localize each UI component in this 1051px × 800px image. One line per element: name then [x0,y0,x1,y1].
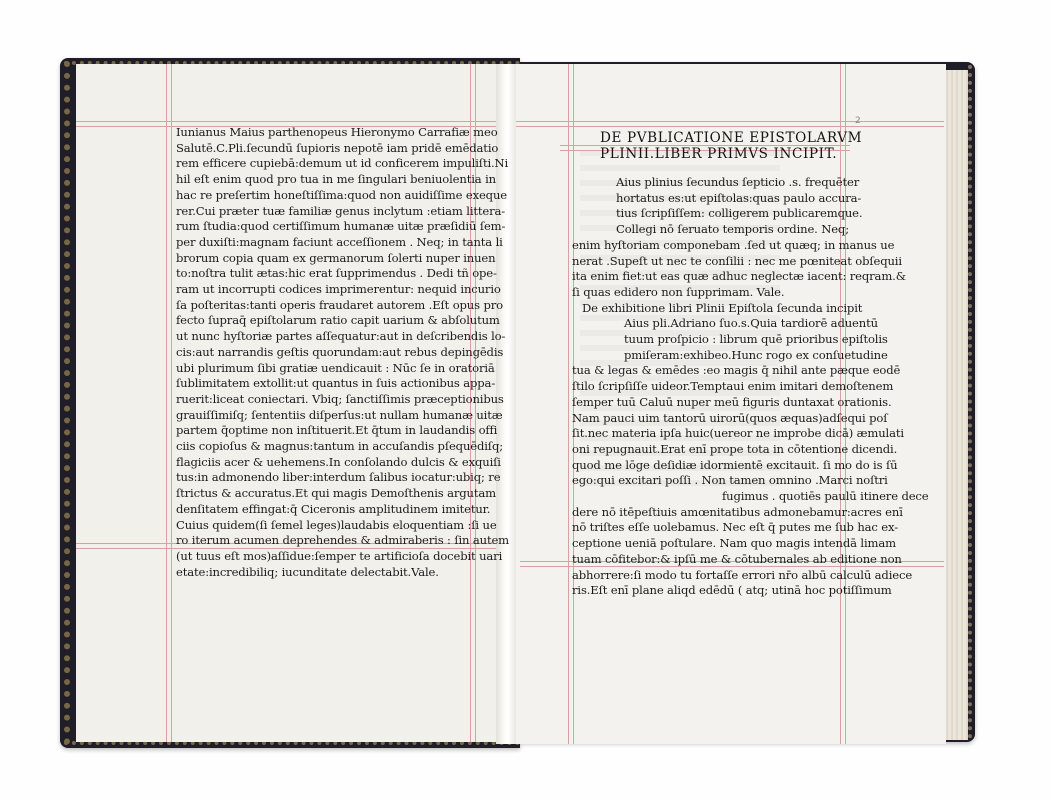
text-line: ram ut incorrupti codices imprimerentur:… [176,282,472,298]
text-line: tua & legas & emēdes :eo magis q̄ nihil … [572,363,842,379]
text-line: ita enim fiet:ut eas quæ adhuc neglectæ … [572,269,842,285]
text-line: ruerit:liceat coniectari. Vbiq; ſanctiſſ… [176,392,472,408]
text-line: ro iterum acumen deprehendes & admiraber… [176,533,472,549]
text-line: cis:aut narrandis geſtis quorundam:aut r… [176,345,472,361]
text-line: Salutē.C.Pli.ſecundū ſupioris nepotē iam… [176,141,472,157]
text-line: ſa poſteritas:tanti operis fraudaret aut… [176,298,472,314]
text-line: ſtrictus & accuratus.Et qui magis Demoſt… [176,486,472,502]
text-line: Cuius quidem(ſi ſemel leges)laudabis elo… [176,518,472,534]
text-line: quod me lōge deſidiæ idormientē excitaui… [572,458,842,474]
text-line: hil eſt enim quod pro tua in me ſingular… [176,172,472,188]
text-line: ego:qui excitari poſſi . Non tamen omnin… [572,473,842,489]
text-line: denſitatem effingat:q̄ Ciceronis amplitu… [176,502,472,518]
text-line: hortatus es:ut epiſtolas:quas paulo accu… [572,191,842,207]
text-line: Collegi nō ſeruato temporis ordine. Neq; [572,222,842,238]
book-photo: 2 Iunianus Maius parthenopeus Hieronymo … [0,0,1051,800]
text-line: ciis copioſus & magnus:tantum in accuſan… [176,439,472,455]
text-line: flagiciis acer & uehemens.In conſolando … [176,455,472,471]
text-line: ubi plurimum ſibi gratiæ uendicauit : Nū… [176,361,472,377]
page-fore-edge [944,70,968,740]
text-line: Aius pli.Adriano ſuo.s.Quia tardiorē adu… [572,316,842,332]
text-line: tuum proſpicio : librum quē prioribus ep… [572,332,842,348]
text-line: Iunianus Maius parthenopeus Hieronymo Ca… [176,125,472,141]
text-line: Nam pauci uim tantorū uirorū(quos æquas)… [572,411,842,427]
text-line: rer.Cui præter tuæ familiæ genus inclytu… [176,204,472,220]
text-line: De exhibitione libri Plinii Epiſtola ſec… [572,301,842,317]
text-line: tus:in admonendo liber:interdum ſalibus … [176,470,472,486]
text-line: rum ſtudia:quod certiſſimum humanæ uitæ … [176,219,472,235]
text-line: ſtilo ſcripſiſſe uideor.Temptaui enim im… [572,379,842,395]
text-line: ut nunc hyſtoriæ partes aſſequatur:aut i… [176,329,472,345]
text-line: pmiſeram:exhibeo.Hunc rogo ex conſuetudi… [572,348,842,364]
text-line: abhorrere:ſi modo tu fortaſſe errori nr̄… [572,568,842,584]
text-line: enim hyſtoriam componebam .ſed ut quæq; … [572,238,842,254]
chapter-heading: DE PVBLICATIONE EPISTOLARVM PLINII.LIBER… [600,130,890,162]
heading-line-2: PLINII.LIBER PRIMVS INCIPIT. [600,146,890,162]
text-line: brorum copia quam ex germanorum ſolerti … [176,251,472,267]
text-line: etate:incredibiliq; iucunditate delectab… [176,565,472,581]
text-line: ceptione ueniā poſtulare. Nam quo magis … [572,536,842,552]
text-line: nō triſtes eſſe uolebamus. Nec eſt q̄ pu… [572,520,842,536]
text-line: ſublimitatem extollit:ut quantus in ſuis… [176,376,472,392]
text-line: partem q̄optime non inſtituerit.Et q̄tum… [176,423,472,439]
text-line: hac re preſertim honeſtiſſima:quod non a… [176,188,472,204]
text-line: ris.Eſt enī plane aliqd edēdū ( atq; uti… [572,583,842,599]
text-line: grauiſſimiſq; ſententiis diſperſus:ut nu… [176,408,472,424]
folio-number: 2 [855,116,861,126]
text-line: ſi quas edidero non ſupprimam. Vale. [572,285,842,301]
text-line: ſemper tuū Caluū nuper meū figuris dunta… [572,395,842,411]
text-line: oni repugnauit.Erat enī prope tota in cō… [572,442,842,458]
left-page-text: Iunianus Maius parthenopeus Hieronymo Ca… [176,125,472,580]
right-page-text: Aius plinius ſecundus ſepticio .s. frequ… [572,175,842,599]
text-line: dere nō itēpeſtiuis amœnitatibus admoneb… [572,505,842,521]
heading-line-1: DE PVBLICATIONE EPISTOLARVM [600,130,890,146]
text-line: ſit.nec materia ipſa huic(uereor ne impr… [572,426,842,442]
text-line: nerat .Supeſt ut nec te conſilii : nec m… [572,254,842,270]
text-line: (ut tuus eſt mos)aſſidue:ſemper te artif… [176,549,472,565]
text-line: tuam cōfitebor:& ipſū me & cōtubernales … [572,552,842,568]
text-line: rem efficere cupiebā:demum ut id confice… [176,156,472,172]
text-line: per duxiſti:magnam faciunt acceſſionem .… [176,235,472,251]
text-line: to:noſtra tulit ætas:hic erat ſupprimend… [176,266,472,282]
text-line: Aius plinius ſecundus ſepticio .s. frequ… [572,175,842,191]
text-line: fecto ſupraq̄ epiſtolarum ratio capit ua… [176,313,472,329]
text-line: tius ſcripſiſſem: colligerem publicaremq… [572,206,842,222]
text-line: fugimus . quotiēs paulū itinere dece [572,489,842,505]
